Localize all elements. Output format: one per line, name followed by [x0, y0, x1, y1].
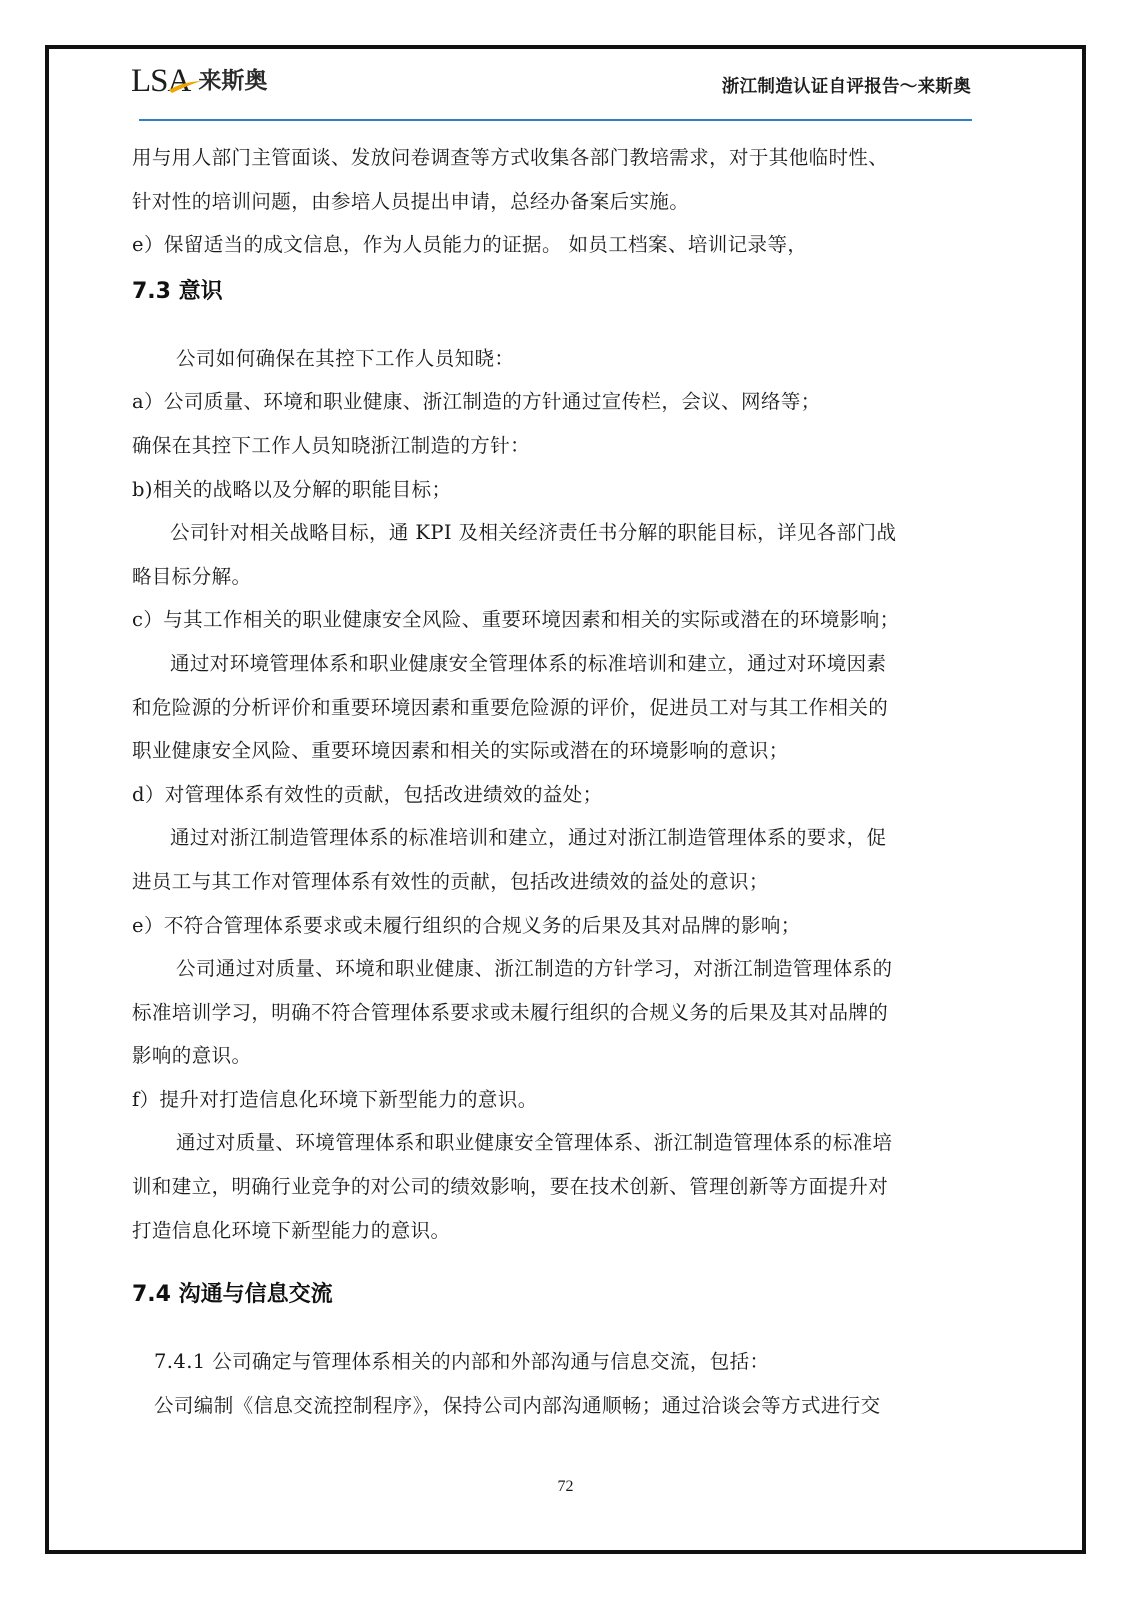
- page-number: 72: [0, 1478, 1131, 1496]
- paragraph-line: 和危险源的分析评价和重要环境因素和重要危险源的评价，促进员工对与其工作相关的: [132, 686, 978, 730]
- list-item-d: d）对管理体系有效性的贡献，包括改进绩效的益处；: [132, 773, 978, 817]
- paragraph-line: 公司针对相关战略目标，通 KPI 及相关经济责任书分解的职能目标，详见各部门战: [132, 511, 978, 555]
- paragraph-line: 公司如何确保在其控下工作人员知晓：: [132, 337, 978, 381]
- list-item-f: f）提升对打造信息化环境下新型能力的意识。: [132, 1078, 978, 1122]
- list-item-c: c）与其工作相关的职业健康安全风险、重要环境因素和相关的实际或潜在的环境影响；: [132, 598, 978, 642]
- paragraph-line: 进员工与其工作对管理体系有效性的贡献，包括改进绩效的益处的意识；: [132, 860, 978, 904]
- section-heading-7-4: 7.4 沟通与信息交流: [132, 1270, 978, 1320]
- section-heading-7-3: 7.3 意识: [132, 267, 978, 317]
- paragraph-line: 公司通过对质量、环境和职业健康、浙江制造的方针学习，对浙江制造管理体系的: [132, 947, 978, 991]
- company-logo: LSA 来斯奥: [131, 62, 267, 96]
- list-item-e: e）不符合管理体系要求或未履行组织的合规义务的后果及其对品牌的影响；: [132, 904, 978, 948]
- paragraph-line: 训和建立，明确行业竞争的对公司的绩效影响，要在技术创新、管理创新等方面提升对: [132, 1165, 978, 1209]
- paragraph-line: 略目标分解。: [132, 555, 978, 599]
- paragraph-line: 通过对质量、环境管理体系和职业健康安全管理体系、浙江制造管理体系的标准培: [132, 1121, 978, 1165]
- logo-swoosh-icon: [168, 78, 202, 94]
- subsection-line-7-4-1: 7.4.1 公司确定与管理体系相关的内部和外部沟通与信息交流，包括：: [132, 1340, 978, 1384]
- report-title: 浙江制造认证自评报告～来斯奥: [722, 73, 971, 98]
- list-item-b: b)相关的战略以及分解的职能目标；: [132, 468, 978, 512]
- list-item-a: a）公司质量、环境和职业健康、浙江制造的方针通过宣传栏，会议、网络等；: [132, 380, 978, 424]
- paragraph-line: 职业健康安全风险、重要环境因素和相关的实际或潜在的环境影响的意识；: [132, 729, 978, 773]
- paragraph-line: 通过对环境管理体系和职业健康安全管理体系的标准培训和建立，通过对环境因素: [132, 642, 978, 686]
- logo-chinese-text: 来斯奥: [198, 66, 267, 96]
- paragraph-line: 公司编制《信息交流控制程序》，保持公司内部沟通顺畅；通过洽谈会等方式进行交: [132, 1384, 978, 1428]
- paragraph-line: 影响的意识。: [132, 1034, 978, 1078]
- paragraph-line: 针对性的培训问题，由参培人员提出申请，总经办备案后实施。: [132, 180, 978, 224]
- logo-latin-text: LSA: [131, 66, 190, 96]
- list-item-e: e）保留适当的成文信息，作为人员能力的证据。 如员工档案、培训记录等，: [132, 223, 978, 267]
- paragraph-line: 打造信息化环境下新型能力的意识。: [132, 1209, 978, 1253]
- paragraph-line: 用与用人部门主管面谈、发放问卷调查等方式收集各部门教培需求，对于其他临时性、: [132, 136, 978, 180]
- paragraph-line: 标准培训学习，明确不符合管理体系要求或未履行组织的合规义务的后果及其对品牌的: [132, 991, 978, 1035]
- paragraph-line: 通过对浙江制造管理体系的标准培训和建立，通过对浙江制造管理体系的要求，促: [132, 816, 978, 860]
- document-body: 用与用人部门主管面谈、发放问卷调查等方式收集各部门教培需求，对于其他临时性、 针…: [132, 136, 978, 1427]
- header-divider: [139, 119, 972, 121]
- paragraph-line: 确保在其控下工作人员知晓浙江制造的方针：: [132, 424, 978, 468]
